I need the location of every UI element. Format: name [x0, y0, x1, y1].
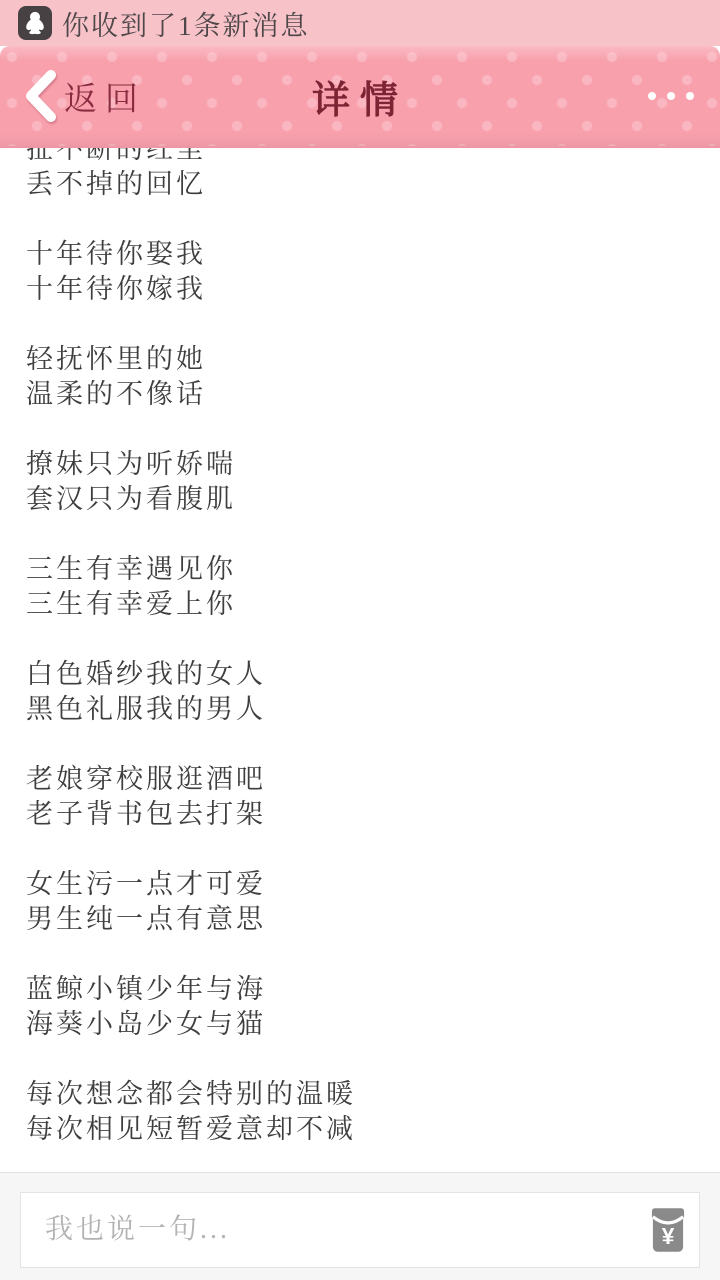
lyric-couplet: 十年待你娶我十年待你嫁我 [26, 237, 710, 307]
red-packet-button[interactable]: ¥ [651, 1208, 685, 1252]
lyric-line: 轻抚怀里的她 [26, 342, 710, 377]
lyric-line: 每次相见短暂爱意却不减 [26, 1112, 710, 1147]
lyric-line: 黑色礼服我的男人 [26, 692, 710, 727]
lyric-couplet: 扯不断的红尘丢不掉的回忆 [26, 148, 710, 202]
lyric-line: 撩妹只为听娇喘 [26, 447, 710, 482]
qq-penguin-icon [18, 6, 52, 40]
lyric-line: 三生有幸爱上你 [26, 587, 710, 622]
lyric-line: 十年待你嫁我 [26, 272, 710, 307]
lyric-line: 海葵小岛少女与猫 [26, 1007, 710, 1042]
lyric-line: 十年待你娶我 [26, 237, 710, 272]
lyric-line: 蓝鲸小镇少年与海 [26, 972, 710, 1007]
ellipsis-icon [648, 92, 694, 100]
lyric-line: 套汉只为看腹肌 [26, 482, 710, 517]
comment-input-box[interactable]: ¥ [20, 1192, 700, 1268]
lyric-couplet: 撩妹只为听娇喘套汉只为看腹肌 [26, 447, 710, 517]
header: 返回 详情 [0, 46, 720, 148]
lyric-couplet: 轻抚怀里的她温柔的不像话 [26, 342, 710, 412]
lyric-line: 老子背书包去打架 [26, 797, 710, 832]
comment-input[interactable] [21, 1192, 651, 1268]
lyric-line: 温柔的不像话 [26, 377, 710, 412]
lyric-line: 女生污一点才可爱 [26, 867, 710, 902]
chevron-left-icon [20, 68, 60, 124]
lyric-couplet: 蓝鲸小镇少年与海海葵小岛少女与猫 [26, 972, 710, 1042]
lyric-line: 丢不掉的回忆 [26, 167, 710, 202]
lyric-line: 每次想念都会特别的温暖 [26, 1077, 710, 1112]
back-button-label: 返回 [64, 73, 146, 120]
lyric-couplet: 白色婚纱我的女人黑色礼服我的男人 [26, 657, 710, 727]
back-button[interactable]: 返回 [20, 46, 146, 146]
lyric-couplet: 三生有幸遇见你三生有幸爱上你 [26, 552, 710, 622]
lyric-line: 白色婚纱我的女人 [26, 657, 710, 692]
more-options-button[interactable] [648, 46, 694, 146]
lyrics: 扯不断的红尘丢不掉的回忆十年待你娶我十年待你嫁我轻抚怀里的她温柔的不像话撩妹只为… [26, 148, 710, 1172]
composer-bar: ¥ [0, 1172, 720, 1280]
notification-text: 你收到了1条新消息 [62, 4, 310, 43]
lyric-couplet: 每次想念都会特别的温暖每次相见短暂爱意却不减 [26, 1077, 710, 1147]
notification-banner[interactable]: 你收到了1条新消息 [0, 0, 720, 46]
lyric-line: 老娘穿校服逛酒吧 [26, 762, 710, 797]
lyric-line: 三生有幸遇见你 [26, 552, 710, 587]
red-envelope-icon: ¥ [651, 1208, 685, 1252]
lyric-couplet: 老娘穿校服逛酒吧老子背书包去打架 [26, 762, 710, 832]
lyric-line: 男生纯一点有意思 [26, 902, 710, 937]
yuan-symbol: ¥ [662, 1223, 675, 1249]
lyric-line: 扯不断的红尘 [26, 148, 710, 167]
lyric-couplet: 女生污一点才可爱男生纯一点有意思 [26, 867, 710, 937]
lyrics-scroll-area[interactable]: 扯不断的红尘丢不掉的回忆十年待你娶我十年待你嫁我轻抚怀里的她温柔的不像话撩妹只为… [0, 148, 720, 1172]
